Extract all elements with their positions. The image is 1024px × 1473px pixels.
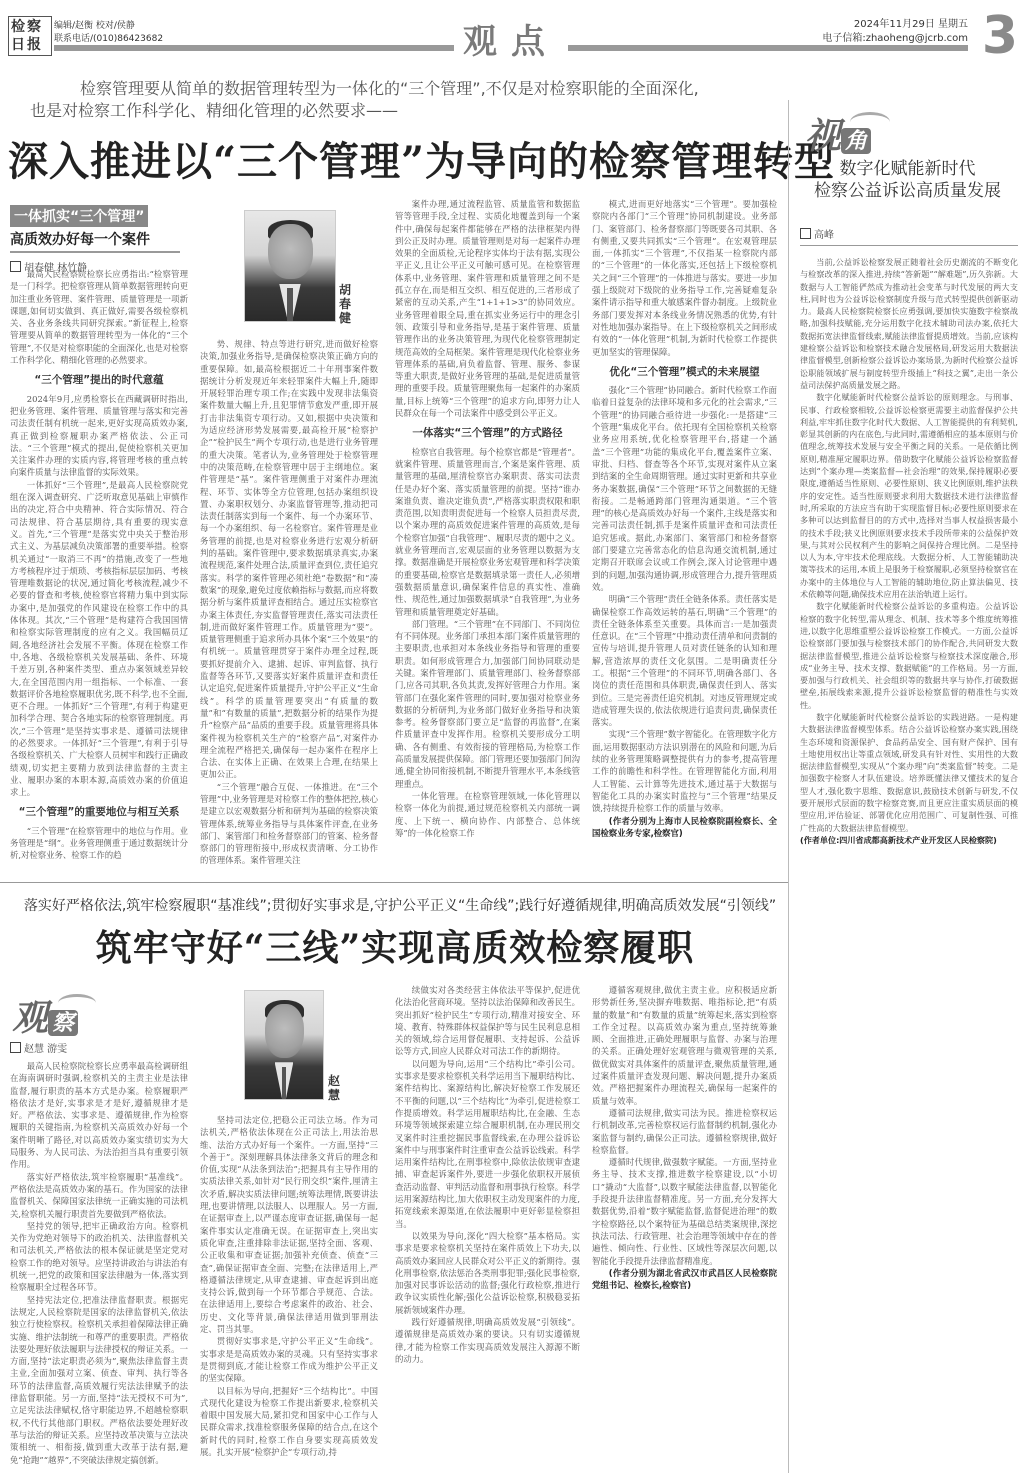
sidebar-title: 数字化赋能新时代 检察公益诉讼高质量发展: [795, 158, 1020, 202]
paragraph: 以效果为导向,深化“四大检察”基本格局。实事求是要求检察机关坚持在案件质效上下功…: [395, 1230, 580, 1316]
article2-column-2: 坚持司法定位,把稳公正司法立场。作为司法机关,严格依法体现在公正司法上,用法治思…: [200, 1114, 378, 1470]
badge-swoosh-icon: [850, 112, 890, 132]
section-heading: 优化“三个管理”模式的未来展望: [592, 366, 777, 378]
article1-subhead-bottom: 高质效办好每一个案件: [10, 229, 180, 253]
badge-swoosh-icon: [58, 994, 96, 1012]
article1-column-2: 势、规律、特点等进行研究,进而做好检察决策,加强业务指导,是确保检察决策正确方向…: [200, 338, 378, 878]
masthead-rule-left: [54, 45, 454, 51]
paragraph: 数字化赋能新时代检察公益诉讼的实践进路。一是构建大数据法律监督模型体系。结合公益…: [800, 711, 1018, 834]
article1-headline: 深入推进以“三个管理”为导向的检察管理转型: [8, 130, 778, 187]
editor-info: 编辑/赵衡 校对/侯静 联系电话/(010)86423682: [54, 20, 163, 46]
newspaper-logo: 检察日报: [8, 16, 52, 56]
paragraph: 贯彻好实事求是,守护公平正义“生命线”。实事求是是高质效办案的灵魂。只有坚持实事…: [200, 1335, 378, 1384]
article1-lead-line2: 也是对检察工作科学化、精细化管理的必然要求——: [30, 101, 398, 120]
sidebar-title-line1: 数字化赋能新时代: [795, 158, 1020, 180]
paragraph: 实现“三个管理”数字智能化。在管理数字化方面,运用数据驱动方法识别潜在的风险和问…: [592, 728, 777, 814]
paragraph: 检察官自我管理。每个检察官都是“管理者”。就案件管理、质量管理而言,个案是案件管…: [395, 446, 580, 618]
paragraph: 数字化赋能新时代检察公益诉讼的多重构造。公益诉讼检察的数字化转型,需从理念、机制…: [800, 600, 1018, 711]
paragraph: 遵循时代规律,做强数字赋能。一方面,坚持业务主导、技术支撑,推进数字检察建设,以…: [592, 1156, 777, 1267]
author-note: (作者分别为上海市人民检察院副检察长、全国检察业务专家,检察官): [592, 815, 777, 840]
paragraph: 以目标为导向,把握好“三个结构比”。中国式现代化建设为检察工作提出新要求,检察机…: [200, 1385, 378, 1459]
paragraph: 以问题为导向,运用“三个结构比”牵引公司。实事求是要求检察机关科学运用当下履职结…: [395, 1058, 580, 1230]
paragraph: 当前,公益诉讼检察发展正随着社会历史潮流的不断变化与检察改革的深入推进,持续“答…: [800, 256, 1018, 391]
paragraph: 最高人民检察院检察长应勇率最高检调研组在海南调研时强调,检察机关的主责主业是法律…: [10, 1060, 188, 1171]
paragraph: 遵循司法规律,做实司法为民。推进检察权运行机制改革,完善检察权运行监督制约机制,…: [592, 1107, 777, 1156]
paragraph: 一体抓好“三个管理”,是最高人民检察院党组在深入调查研究、广泛听取意见基础上审慎…: [10, 479, 188, 799]
paragraph: 数字化赋能新时代检察公益诉讼的原则理念。与刑事、民事、行政检察相较,公益诉讼检察…: [800, 391, 1018, 600]
badge-char-big: 视: [805, 115, 841, 157]
paragraph: 落实好严格依法,筑牢检察履职“基准线”。严格依法是高质效办案的基石。作为国家的法…: [10, 1171, 188, 1220]
article1-column-1: 最高人民检察院检察长应勇指出:“检察管理是一门科学。把检察管理从简单数据管理转向…: [10, 268, 188, 878]
author-photo-hu: [244, 210, 336, 322]
issue-date: 2024年11月29日 星期五: [822, 18, 968, 32]
article1-subhead: 一体抓实“三个管理” 高质效办好每一个案件 胡春健 林竹静: [10, 205, 180, 274]
article1-subhead-top: 一体抓实“三个管理”: [10, 205, 148, 227]
paragraph: 践行好遵循规律,明确高质效发展“引领线”。遵循规律是高质效办案的要诀。只有切实遵…: [395, 1316, 580, 1365]
paragraph: 明确“三个管理”责任全链条体系。责任落实是确保检察工作高效运转的基石,明确“三个…: [592, 593, 777, 728]
article2-lead: 落实好严格依法,筑牢检察履职“基准线”;贯彻好实事求是,守护公平正义“生命线”;…: [10, 895, 790, 915]
article2-column-1: 最高人民检察院检察长应勇率最高检调研组在海南调研时强调,检察机关的主责主业是法律…: [10, 1060, 188, 1470]
paragraph: 模式,进而更好地落实“三个管理”。要加强检察院内各部门“三个管理”协同机制建设。…: [592, 198, 777, 358]
paragraph: 部门管理。“三个管理”在不同部门、不同岗位有不同体现。业务部门承担本部门案件质量…: [395, 618, 580, 790]
section-heading: “三个管理”的重要地位与相互关系: [10, 806, 188, 818]
paragraph: 续做实对各类经营主体依法平等保护,促进优化法治化营商环境。坚持以法治保障和改善民…: [395, 984, 580, 1058]
article2-column-3: 续做实对各类经营主体依法平等保护,促进优化法治化营商环境。坚持以法治保障和改善民…: [395, 984, 580, 1470]
paragraph: 遵循客观规律,做优主责主业。应积极适应新形势新任务,坚决摒弃唯数据、唯指标论,把…: [592, 984, 777, 1107]
section-heading: 一体落实“三个管理”的方式路径: [395, 427, 580, 439]
author-note: (作者单位:四川省成都高新技术产业开发区人民检察院): [800, 834, 1018, 846]
email-line: 电子信箱:zhaoheng@jcrb.com: [822, 32, 968, 46]
paragraph: 2024年9月,应勇检察长在西藏调研时指出,把业务管理、案件管理、质量管理与落实…: [10, 393, 188, 479]
sidebar-byline: 高峰: [800, 226, 1018, 246]
paragraph: 强化“三个管理”协同融合。新时代检察工作面临着日益复杂的法律环境和多元化的社会需…: [592, 384, 777, 593]
paragraph: 坚持司法定位,把稳公正司法立场。作为司法机关,严格依法体现在公正司法上,用法治思…: [200, 1114, 378, 1335]
paragraph: 案件办理,通过流程监管、质量监管和数据监管等管理手段,全过程、实质化地覆盖到每一…: [395, 198, 580, 419]
article-divider: [0, 882, 788, 883]
article2-byline: 赵慧 游雯: [10, 1040, 67, 1055]
sidebar-body: 当前,公益诉讼检察发展正随着社会历史潮流的不断变化与检察改革的深入推进,持续“答…: [800, 256, 1018, 1470]
section-heading: “三个管理”提出的时代意蕴: [10, 374, 188, 386]
photo-caption-hu: 胡春健: [339, 283, 353, 325]
article1-lead-line1: 检察管理要从简单的数据管理转型为一体化的“三个管理”,不仅是对检察职能的全面深化…: [30, 78, 790, 100]
badge-char-big: 观: [12, 997, 48, 1039]
article1-lead: 检察管理要从简单的数据管理转型为一体化的“三个管理”,不仅是对检察职能的全面深化…: [30, 78, 790, 122]
author-note: (作者分别为湖北省武汉市武昌区人民检察院党组书记、检察长,检察官): [592, 1267, 777, 1292]
sidebar-title-line2: 检察公益诉讼高质量发展: [795, 180, 1020, 202]
article1-column-4: 模式,进而更好地落实“三个管理”。要加强检察院内各部门“三个管理”协同机制建设。…: [592, 198, 777, 878]
paragraph: 一体化管理。在检察管理领域,一体化管理以检察一体化为前提,通过规范检察机关内部统…: [395, 790, 580, 839]
badge-char-small: 察: [48, 1010, 78, 1036]
dateline: 2024年11月29日 星期五 电子信箱:zhaoheng@jcrb.com: [822, 18, 968, 46]
page-number: 3: [982, 6, 1018, 66]
paragraph: 坚持宪法定位,把准法律监督职责。根据宪法规定,人民检察院是国家的法律监督机关,依…: [10, 1294, 188, 1466]
sidebar-divider: [788, 100, 789, 1473]
paragraph: 势、规律、特点等进行研究,进而做好检察决策,加强业务指导,是确保检察决策正确方向…: [200, 338, 378, 781]
article2-headline: 筑牢守好“三线”实现高质效检察履职: [0, 920, 790, 971]
author-photo-zhao: [244, 990, 324, 1100]
article2-column-4: 遵循客观规律,做优主责主业。应积极适应新形势新任务,坚决摒弃唯数据、唯指标论,把…: [592, 984, 777, 1470]
paragraph: 坚持党的领导,把牢正确政治方向。检察机关作为党绝对领导下的政治机关、法律监督机关…: [10, 1220, 188, 1294]
paragraph: “三个管理”融合互促、一体推进。在“三个管理”中,业务管理是对检察工作的整体把控…: [200, 781, 378, 867]
editor-line: 编辑/赵衡 校对/侯静: [54, 20, 163, 33]
section-title: 观点: [463, 14, 559, 63]
paragraph: 最高人民检察院检察长应勇指出:“检察管理是一门科学。把检察管理从简单数据管理转向…: [10, 268, 188, 366]
photo-caption-zhao: 赵慧: [328, 1074, 342, 1102]
paragraph: “三个管理”在检察管理中的地位与作用。业务管理是“纲”。业务管理侧重于通过数据统…: [10, 825, 188, 862]
article1-column-3: 案件办理,通过流程监管、质量监管和数据监管等管理手段,全过程、实质化地覆盖到每一…: [395, 198, 580, 878]
masthead: 检察日报 编辑/赵衡 校对/侯静 联系电话/(010)86423682 观点 2…: [0, 0, 1024, 58]
